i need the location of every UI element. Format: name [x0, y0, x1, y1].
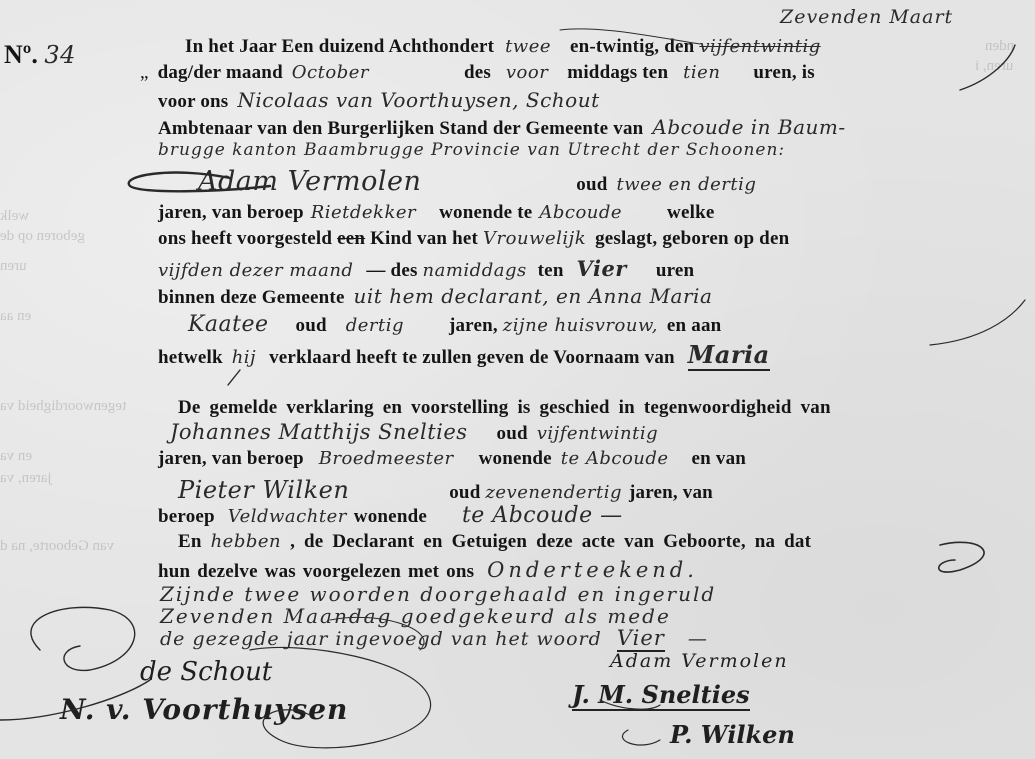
printed-text: geslagt, geboren op den [595, 228, 789, 249]
correction-note-word: Vier [617, 626, 665, 652]
record-line-2: „ dag/der maand October des voor middags… [140, 62, 815, 84]
handwritten-witness-1-age: vijfentwintig [537, 423, 658, 444]
handwritten-entry-month: October [292, 62, 369, 83]
handwritten-entry-time-part: voor [506, 62, 548, 83]
handwritten-birth-hour: Vier [577, 256, 627, 281]
handwritten-witness-2-name: Pieter Wilken [178, 476, 349, 504]
printed-text: , de Declarant en Getuigen deze acte van… [290, 531, 811, 552]
signature-official-title: de Schout [140, 657, 272, 687]
record-line-10: binnen deze Gemeente uit hem declarant, … [158, 284, 712, 309]
printed-text: hun dezelve was voorgelezen met ons [158, 561, 474, 582]
printed-text: jaren, van beroep [158, 202, 304, 223]
printed-text: oud [449, 482, 480, 503]
record-line-17: beroep Veldwachter wonende te Abcoude — [158, 503, 623, 528]
printed-text: voor ons [158, 91, 228, 112]
handwritten-witness-1-name: Johannes Matthijs Snelties [170, 420, 468, 444]
handwritten-signed: Onderteekend. [487, 558, 698, 582]
record-number-label: Nº. [4, 40, 38, 69]
printed-text: verklaard heeft te zullen geven de Voorn… [269, 347, 675, 368]
printed-text: uren [656, 260, 694, 281]
register-page: nden uren, i welk geboren op de uren en … [0, 0, 1035, 759]
record-line-15: jaren, van beroep Broedmeester wonende t… [158, 448, 746, 470]
printed-text: oud [576, 174, 607, 195]
handwritten-mother-surname: Kaatee [188, 312, 269, 337]
signature-witness-2: P. Wilken [670, 720, 795, 749]
record-line-16: Pieter Wilken oud zevenendertig jaren, v… [158, 476, 713, 504]
bleed-through-text: en va [0, 448, 32, 465]
handwritten-witness-1-profession: Broedmeester [319, 448, 454, 469]
printed-text: jaren, [449, 315, 498, 336]
printed-text: jaren, van [629, 482, 713, 503]
record-line-14: Johannes Matthijs Snelties oud vijfentwi… [170, 420, 658, 445]
signature-witness-1: J. M. Snelties [572, 680, 750, 711]
correction-note-text: de gezegde jaar ingevoegd van het woord [160, 628, 602, 650]
handwritten-declarant-name: Adam Vermolen [198, 166, 421, 197]
record-number-value: 34 [44, 41, 76, 69]
printed-text: middags ten [567, 62, 668, 83]
printed-text: En [178, 531, 202, 552]
correction-note-line-1: Zijnde twee woorden doorgehaald en inger… [160, 582, 716, 606]
bleed-through-text: tegenwoordigheid va [0, 398, 126, 415]
bleed-through-text: jaren, va [0, 470, 52, 487]
handwritten-witness-2-age: zevenendertig [485, 482, 622, 503]
record-line-9: vijfden dezer maand — des namiddags ten … [158, 256, 694, 282]
bleed-through-text: geboren op de [0, 228, 85, 245]
printed-text: De gemelde verklaring en voorstelling is… [178, 397, 831, 418]
record-line-3: voor ons Nicolaas van Voorthuysen, Schou… [158, 88, 600, 113]
record-line-18: En hebben , de Declarant en Getuigen dez… [178, 531, 811, 553]
handwritten-declarant-profession: Rietdekker [311, 202, 416, 223]
bleed-through-text: nden [985, 38, 1014, 55]
handwritten-signed-verb: hebben [211, 531, 282, 552]
handwritten-witness-1-residence: te Abcoude [561, 448, 669, 469]
margin-annotation: Zevenden Maart [780, 6, 953, 28]
handwritten-birth-date: vijfden dezer maand [158, 260, 353, 281]
bleed-through-text: en aa [0, 308, 31, 325]
printed-text: beroep [158, 506, 215, 527]
correction-note-line-3: de gezegde jaar ingevoegd van het woord … [160, 626, 708, 650]
printed-text: wonende te [439, 202, 532, 223]
printed-text: hetwelk [158, 347, 223, 368]
printed-text: jaren, van beroep [158, 448, 304, 469]
record-line-11: Kaatee oud dertig jaren, zijne huisvrouw… [158, 312, 721, 337]
printed-text: — des [366, 260, 417, 281]
printed-text: ons heeft voorgesteld [158, 228, 332, 249]
handwritten-witness-2-profession: Veldwachter [228, 506, 347, 527]
handwritten-mother-age: dertig [346, 315, 404, 336]
handwritten-child-sex: Vrouwelijk [483, 228, 586, 249]
bleed-through-text: van Geboorte, na d [0, 538, 114, 555]
handwritten-child-name: Maria [688, 340, 770, 371]
printed-text: en-twintig, den [570, 36, 694, 57]
bleed-through-text: uren [0, 258, 27, 275]
handwritten-official-name: Nicolaas van Voorthuysen, Schout [237, 88, 599, 112]
printed-text: wonende [479, 448, 552, 469]
printed-text: oud [497, 423, 528, 444]
bleed-through-text: welk [0, 208, 29, 225]
handwritten-municipality: Abcoude in Baum- [652, 115, 845, 139]
signature-official: N. v. Voorthuysen [60, 693, 348, 726]
handwritten-mother-relation: zijne huisvrouw, [503, 315, 658, 336]
printed-text: binnen deze Gemeente [158, 287, 345, 308]
printed-text: oud [296, 315, 327, 336]
handwritten-declarant-residence: Abcoude [539, 202, 622, 223]
record-line-19: hun dezelve was voorgelezen met ons Onde… [158, 558, 698, 583]
handwritten-entry-hour: tien [683, 62, 720, 83]
handwritten-mother: uit hem declarant, en Anna Maria [354, 284, 713, 308]
printed-text: en van [692, 448, 747, 469]
printed-text: Kind van het [370, 228, 478, 249]
handwritten-witness-2-residence: te Abcoude — [462, 503, 623, 528]
record-number: Nº. 34 [4, 40, 76, 70]
printed-text: wonende [354, 506, 427, 527]
handwritten-declarant-age: twee en dertig [616, 174, 756, 195]
record-line-6: Adam Vermolen oud twee en dertig [158, 166, 756, 197]
printed-text: des [464, 62, 491, 83]
record-line-12: hetwelk hij verklaard heeft te zullen ge… [158, 340, 770, 369]
record-line-4: Ambtenaar van den Burgerlijken Stand der… [158, 115, 846, 140]
printed-text: Ambtenaar van den Burgerlijken Stand der… [158, 118, 643, 139]
printed-text: ten [538, 260, 564, 281]
printed-text: In het Jaar Een duizend Achthondert [185, 36, 494, 57]
printed-text: welke [667, 202, 714, 223]
record-line-7: jaren, van beroep Rietdekker wonende te … [158, 202, 714, 224]
correction-note-dash: — [688, 628, 708, 650]
printed-text: en aan [667, 315, 722, 336]
handwritten-birth-daypart: namiddags [423, 260, 527, 281]
record-line-13: De gemelde verklaring en voorstelling is… [178, 397, 831, 419]
handwritten-entry-day: vijfentwintig [699, 36, 820, 57]
signature-declarant: Adam Vermolen [610, 650, 789, 672]
bleed-through-text: uren, i [975, 58, 1013, 75]
printed-text: dag/der maand [158, 62, 283, 83]
record-line-8: ons heeft voorgesteld een Kind van het V… [158, 228, 789, 250]
record-line-1: In het Jaar Een duizend Achthondert twee… [185, 36, 821, 58]
handwritten-entry-year: twee [505, 36, 551, 57]
printed-text-struck: een [337, 228, 365, 249]
handwritten-pronoun: hij [232, 347, 256, 368]
printed-text: uren, is [753, 62, 814, 83]
margin-mark: „ [140, 62, 149, 83]
record-line-5: brugge kanton Baambrugge Provincie van U… [158, 140, 785, 160]
correction-note-line-2: Zevenden Maandag goedgekeurd als mede [160, 604, 671, 628]
